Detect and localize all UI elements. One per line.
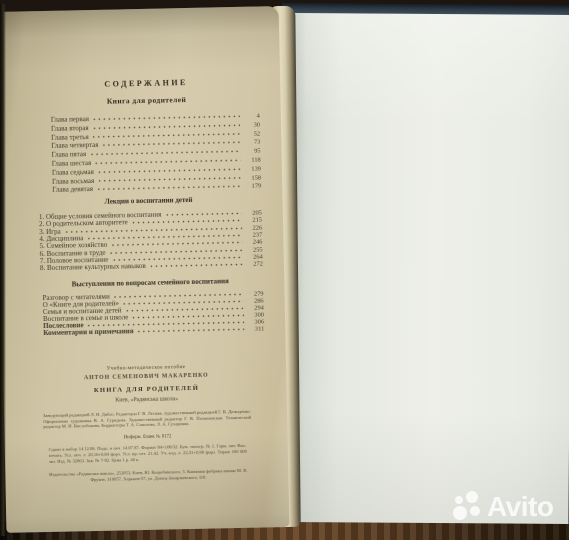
book-photo: СОДЕРЖАНИЕ Книга для родителей Глава пер… xyxy=(0,0,569,540)
toc-entry-label: Комментарии и примечания xyxy=(43,329,133,338)
speeches-heading: Выступления по вопросам семейного воспит… xyxy=(37,276,263,289)
avito-wordmark: Avito xyxy=(487,491,553,522)
lectures-heading: Лекции о воспитании детей xyxy=(36,195,262,208)
book-left-page: СОДЕРЖАНИЕ Книга для родителей Глава пер… xyxy=(0,6,289,533)
speeches-list: Разговор с читателями 279 О «Книге для р… xyxy=(38,290,265,338)
dot-leader xyxy=(96,182,241,194)
colophon-print-info: Сдано в набор 14.12.86. Подп. в печ. 14.… xyxy=(49,443,247,464)
toc-entry-page: 272 xyxy=(246,261,263,269)
toc-title: СОДЕРЖАНИЕ xyxy=(33,76,259,90)
toc-entry-page: 179 xyxy=(244,183,261,192)
toc-entry-page: 30 xyxy=(243,121,260,130)
toc-entry-page: 158 xyxy=(244,174,261,183)
toc-entry-page: 52 xyxy=(243,130,260,139)
colophon-publisher-address: Издательство «Радянська школа», 252053, … xyxy=(44,468,252,484)
toc-entry-page: 95 xyxy=(243,148,260,157)
lectures-list: 1. Общие условия семейного воспитания 20… xyxy=(36,210,263,273)
toc-subtitle: Книга для родителей xyxy=(33,93,259,107)
toc-entry-page: 139 xyxy=(244,165,261,174)
colophon-publisher-city: Киев, «Радянська школа» xyxy=(34,395,260,406)
avito-watermark: Avito xyxy=(453,491,553,522)
dot-leader xyxy=(136,326,244,335)
cover-left-edge-shadow xyxy=(0,4,6,536)
avito-logo-icon xyxy=(453,491,484,522)
colophon-editors: Заведующий редакцией Л. Н. Дябло. Редакт… xyxy=(43,409,251,430)
colophon-inform-blank: Информ. бланк № 8172 xyxy=(35,433,261,443)
colophon-book-title: КНИГА ДЛЯ РОДИТЕЛЕЙ xyxy=(33,384,259,396)
toc-entry-page: 118 xyxy=(244,156,261,165)
colophon-author: АНТОН СЕМЕНОВИЧ МАКАРЕНКО xyxy=(33,372,259,383)
book-right-page-blank xyxy=(286,13,569,524)
toc-entry-page: 73 xyxy=(243,139,260,148)
chapter-list: Глава первая 4 Глава вторая 30 Глава тре… xyxy=(34,111,262,195)
toc-entry-page: 4 xyxy=(243,112,260,121)
toc-entry-page: 311 xyxy=(247,326,264,334)
dot-leader xyxy=(149,261,243,270)
toc-entry-label: Глава девятая xyxy=(52,185,93,195)
table-of-contents: СОДЕРЖАНИЕ Книга для родителей Глава пер… xyxy=(33,76,264,337)
toc-entry-label: 8. Воспитание культурных навыков xyxy=(40,263,146,273)
colophon: Учебно-методическое пособие АНТОН СЕМЕНО… xyxy=(33,363,261,484)
